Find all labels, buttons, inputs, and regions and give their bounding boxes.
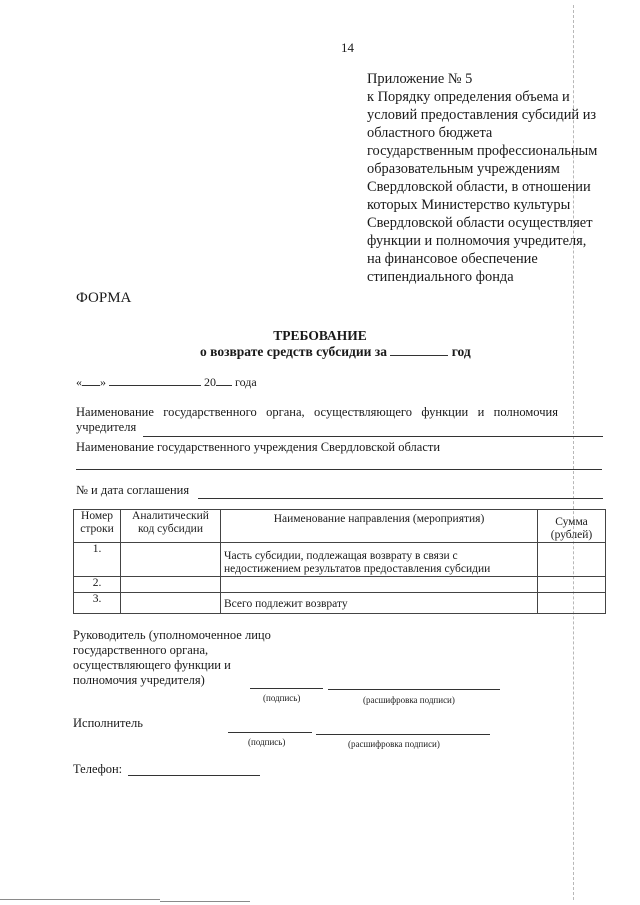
cell-analytic-code[interactable] [121,593,221,614]
head-decode-caption: (расшифровка подписи) [363,695,455,705]
appendix-line: которых Министерство культуры [367,196,597,214]
document-title: ТРЕБОВАНИЕ [0,328,640,344]
cell-sum[interactable] [538,577,606,593]
scan-edge-artifact [160,901,250,902]
header-analytic-code: Аналитическийкод субсидии [121,510,221,543]
appendix-line: на финансовое обеспечение [367,250,597,268]
header-text: строки [77,523,117,536]
header-text: Номер [77,510,117,523]
appendix-line: Свердловской области осуществляет [367,214,597,232]
agreement-label: № и дата соглашения [76,483,189,498]
head-label-line: государственного органа, [73,643,271,658]
institution-label: Наименование государственного учреждения… [76,440,440,455]
cell-row-number: 1. [74,543,121,577]
cell-row-number: 2. [74,577,121,593]
appendix-line: областного бюджета [367,124,597,142]
subsidy-return-table: Номерстроки Аналитическийкод субсидии На… [73,509,606,614]
cell-text: недостижением результатов предоставления… [224,563,534,576]
date-line: «» 20 года [76,375,257,390]
header-direction-name: Наименование направления (мероприятия) [221,510,538,543]
table-row: 2. [74,577,606,593]
institution-input-line[interactable] [76,469,602,470]
header-text: Наименование направления (мероприятия) [224,513,534,526]
appendix-line: Свердловской области, в отношении [367,178,597,196]
table-header-row: Номерстроки Аналитическийкод субсидии На… [74,510,606,543]
appendix-line: государственным профессиональным [367,142,597,160]
phone-input-line[interactable] [128,775,260,776]
head-signature-caption: (подпись) [263,693,300,703]
table-row: 1. Часть субсидии, подлежащая возврату в… [74,543,606,577]
year-digits-blank[interactable] [216,385,232,386]
cell-analytic-code[interactable] [121,577,221,593]
header-text: код субсидии [124,523,217,536]
organ-label: Наименование государственного органа, ос… [76,405,602,420]
table-row: 3. Всего подлежит возврату [74,593,606,614]
executor-signature-caption: (подпись) [248,737,285,747]
head-signature-line[interactable] [250,688,323,689]
cell-text: Часть субсидии, подлежащая возврату в св… [224,550,534,563]
appendix-line: Приложение № 5 [367,70,597,88]
appendix-line: функции и полномочия учредителя, [367,232,597,250]
year-prefix: 20 [204,375,216,389]
cell-direction-name[interactable] [221,577,538,593]
executor-signature-line[interactable] [228,732,312,733]
appendix-header: Приложение № 5 к Порядку определения объ… [367,70,597,286]
appendix-line: стипендиального фонда [367,268,597,286]
scan-edge-artifact [0,899,160,900]
executor-decode-line[interactable] [316,734,490,735]
document-subtitle: о возврате средств субсидии за год [200,344,471,360]
head-label: Руководитель (уполномоченное лицо госуда… [73,628,271,688]
executor-decode-caption: (расшифровка подписи) [348,739,440,749]
close-quote: » [100,375,106,389]
cell-sum[interactable] [538,543,606,577]
cell-sum[interactable] [538,593,606,614]
head-decode-line[interactable] [328,689,500,690]
subtitle-prefix: о возврате средств субсидии за [200,344,387,359]
page-number: 14 [341,40,354,56]
header-text: Сумма [541,516,602,529]
form-label: ФОРМА [76,290,131,307]
month-blank[interactable] [109,385,201,386]
day-blank[interactable] [82,385,100,386]
appendix-line: условий предоставления субсидий из [367,106,597,124]
head-label-line: осуществляющего функции и [73,658,271,673]
organ-label-cont: учредителя [76,420,136,435]
head-label-line: полномочия учредителя) [73,673,271,688]
subtitle-suffix: год [452,344,471,359]
appendix-line: к Порядку определения объема и [367,88,597,106]
year-blank[interactable] [390,355,448,356]
header-sum: Сумма(рублей) [538,510,606,543]
cell-analytic-code[interactable] [121,543,221,577]
header-text: (рублей) [541,529,602,542]
executor-label: Исполнитель [73,716,143,731]
cell-direction-name: Часть субсидии, подлежащая возврату в св… [221,543,538,577]
organ-input-line[interactable] [143,436,603,437]
appendix-line: образовательным учреждениям [367,160,597,178]
header-row-number: Номерстроки [74,510,121,543]
open-quote: « [76,375,82,389]
header-text: Аналитический [124,510,217,523]
cell-row-number: 3. [74,593,121,614]
year-suffix: года [235,375,257,389]
phone-label: Телефон: [73,762,122,777]
head-label-line: Руководитель (уполномоченное лицо [73,628,271,643]
cell-direction-name: Всего подлежит возврату [221,593,538,614]
agreement-input-line[interactable] [198,498,603,499]
